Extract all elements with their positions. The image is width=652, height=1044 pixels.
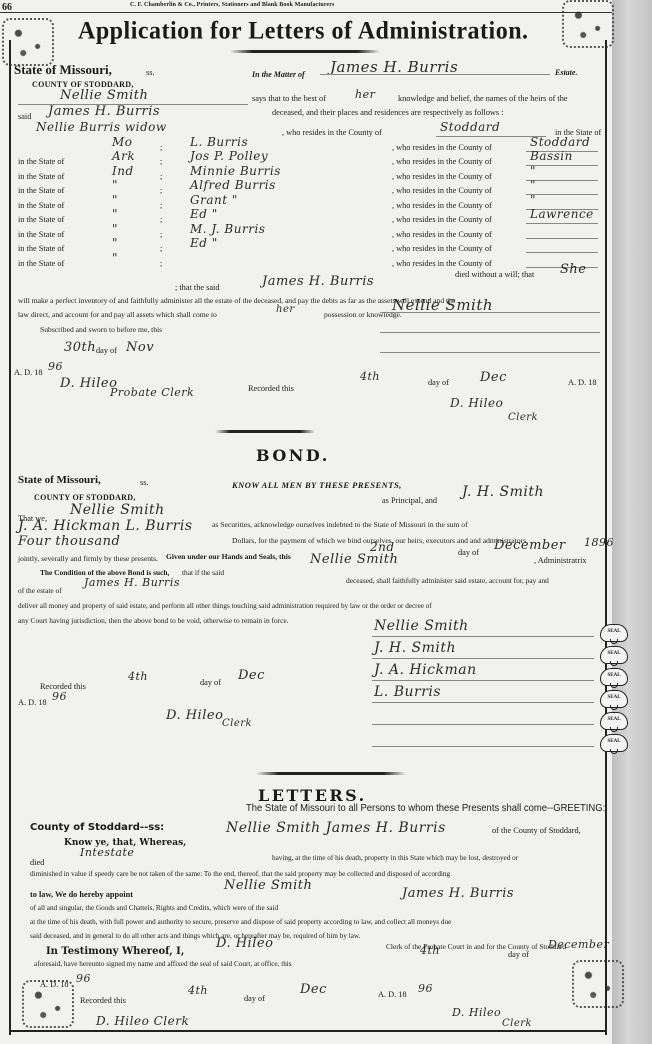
estate-label: Estate. <box>555 68 577 77</box>
heir-name: M. J. Burris <box>190 222 265 236</box>
separator: ; <box>160 215 162 224</box>
county-label: , who resides in the County of <box>392 215 492 224</box>
letters-left-clerk: D. Hileo Clerk <box>96 1014 189 1028</box>
heir-county: Lawrence <box>530 207 594 221</box>
county-label: , who resides in the County of <box>392 244 492 253</box>
administrator-label: , Administratrix <box>534 556 587 565</box>
condition-deceased: deceased, shall faithfully administer sa… <box>346 576 549 585</box>
died-label: died <box>30 858 44 867</box>
died-pronoun: She <box>560 262 586 277</box>
died-text: died without a will; that <box>455 270 534 279</box>
separator: ; <box>160 201 162 210</box>
died-name: James H. Burris <box>262 274 374 289</box>
says-label: says that to the best of <box>252 94 326 103</box>
heir-name: Ed " <box>190 236 218 250</box>
that-said-label: ; that the said <box>175 283 219 292</box>
having-text: having, at the time of his death, proper… <box>272 854 518 862</box>
letters-county-text: of the County of Stoddard, <box>492 826 581 835</box>
seal-icon: SEAL <box>600 646 628 664</box>
recorded-clerk-title: Clerk <box>508 412 538 423</box>
corner-ornament-icon <box>572 960 624 1008</box>
died-status: Intestate <box>80 846 134 859</box>
death-text: at the time of his death, with full powe… <box>30 918 451 926</box>
said-label: said <box>18 112 31 121</box>
state-label: in the State of <box>18 186 64 195</box>
ad-label: A. D. 18 <box>14 368 43 377</box>
county-label: , who resides in the County of <box>392 143 492 152</box>
heir-county: " <box>530 164 536 178</box>
recorded-month: Dec <box>480 370 507 385</box>
title-divider <box>230 50 380 53</box>
appoint-text: to law, We do hereby appoint <box>30 890 133 899</box>
letters-ad-label: A. D. 18 <box>40 980 69 989</box>
bond-county-heading: COUNTY OF STODDARD, <box>34 493 136 502</box>
admin-text: will make a perfect inventory of and fai… <box>18 296 455 305</box>
seal-icon: SEAL <box>600 734 628 752</box>
bond-clerk-title: Clerk <box>222 718 252 729</box>
county-label: , who resides in the County of <box>392 230 492 239</box>
letters-recorded-ad: A. D. 18 <box>378 990 407 999</box>
state-label: in the State of <box>18 172 64 181</box>
separator: ; <box>160 259 162 268</box>
scan-edge <box>612 0 652 1044</box>
goods-text: of all and singular, the Goods and Chatt… <box>30 904 278 912</box>
heir-name: Nellie Burris widow <box>36 120 167 134</box>
jointly-text: jointly, severally and firmly by these p… <box>18 554 158 563</box>
sworn-day: 30th <box>64 340 96 355</box>
securities-text: as Securities, acknowledge ourselves ind… <box>212 520 468 529</box>
letters-ad-year: 96 <box>76 972 91 985</box>
deceased-text: deceased, and their places and residence… <box>272 108 504 117</box>
separator: ; <box>160 143 162 152</box>
signer-signature: L. Burris <box>374 684 441 700</box>
goods-name: James H. Burris <box>402 886 514 901</box>
signer-signature: J. H. Smith <box>374 640 456 656</box>
day-of-label: day of <box>96 346 117 355</box>
deliver-text: deliver all money and property of said e… <box>18 602 432 610</box>
estate-of-label: of the estate of <box>18 586 62 595</box>
administrator-name: Nellie Smith <box>310 552 398 567</box>
testimony-day: 4th <box>420 944 440 957</box>
court-text: any Court having jurisdiction, then the … <box>18 616 289 625</box>
heir-name: Jos P. Polley <box>190 149 268 163</box>
state-label: in the State of <box>18 201 64 210</box>
heir-state: " <box>112 207 118 221</box>
bond-recorded-month: Dec <box>238 668 265 683</box>
bond-recorded-day-of: day of <box>200 678 221 687</box>
section-divider <box>256 772 406 775</box>
letters-recorded-year: 96 <box>418 982 433 995</box>
heir-state: Mo <box>112 135 133 149</box>
heir-name: Alfred Burris <box>190 178 276 192</box>
county-label: , who resides in the County of <box>392 201 492 210</box>
aforesaid-text: aforesaid, have hereunto signed my name … <box>34 960 292 968</box>
bond-recorded-ad: A. D. 18 <box>18 698 47 707</box>
heir-state: " <box>112 236 118 250</box>
law-text: law direct, and account for and pay all … <box>18 310 217 319</box>
diminished-text: diminished in value if speedy care be no… <box>30 870 450 878</box>
testimony-label: In Testimony Whereof, I, <box>46 946 184 957</box>
bond-clerk-signature: D. Hileo <box>166 708 223 723</box>
given-year: 1896 <box>584 536 614 549</box>
page-border-bottom <box>9 1030 607 1032</box>
heir-state: " <box>112 251 118 265</box>
bond-recorded-year: 96 <box>52 690 67 703</box>
deceased-name: James H. Burris <box>48 104 160 119</box>
page-title: Application for Letters of Administratio… <box>78 17 529 45</box>
state-label: in the State of <box>18 230 64 239</box>
know-all-heading: KNOW ALL MEN BY THESE PRESENTS, <box>232 480 402 490</box>
county-label: , who resides in the County of <box>392 157 492 166</box>
heir-name: L. Burris <box>190 135 248 149</box>
testimony-clerk: D. Hileo <box>216 936 273 951</box>
heir-state: Ind <box>112 164 134 178</box>
letters-recorded-day-of: day of <box>244 994 265 1003</box>
letters-county: County of Stoddard--ss: <box>30 822 164 833</box>
state-heading: State of Missouri, <box>14 62 112 78</box>
state-label: in the State of <box>18 244 64 253</box>
ss-label: ss. <box>146 68 155 77</box>
principal-name: Nellie Smith <box>70 502 165 518</box>
seal-icon: SEAL <box>600 690 628 708</box>
header-rule <box>0 12 612 13</box>
heir-name: Minnie Burris <box>190 164 281 178</box>
sworn-year: 96 <box>48 360 63 373</box>
greeting-text: The State of Missouri to all Persons to … <box>246 802 605 814</box>
letters-right-clerk: D. Hileo <box>452 1006 501 1019</box>
letters-recorded-day: 4th <box>188 984 208 997</box>
seal-icon: SEAL <box>600 712 628 730</box>
pronoun: her <box>355 88 375 101</box>
heir-state: " <box>112 193 118 207</box>
seal-icon: SEAL <box>600 624 628 642</box>
clerk-signature: D. Hileo <box>60 376 117 391</box>
seal-icon: SEAL <box>600 668 628 686</box>
testimony-month: December <box>548 938 609 951</box>
state-label: in the State of <box>18 157 64 166</box>
testimony-day-of: day of <box>508 950 529 959</box>
law-pronoun: her <box>276 304 295 315</box>
heir-name: Grant " <box>190 193 238 207</box>
knowledge-text: knowledge and belief, the names of the h… <box>398 94 568 103</box>
heir-county: " <box>530 178 536 192</box>
heir-name: Ed " <box>190 207 218 221</box>
sworn-label: Subscribed and sworn to before me, this <box>40 325 162 334</box>
separator: ; <box>160 186 162 195</box>
clerk-title: Probate Clerk <box>110 386 194 399</box>
recorded-ad: A. D. 18 <box>568 378 597 387</box>
heir-county: Stoddard <box>530 135 590 149</box>
given-text: Given under our Hands and Seals, this <box>166 552 291 561</box>
heir-state: " <box>112 178 118 192</box>
corner-ornament-icon <box>562 0 614 48</box>
recorded-day-of: day of <box>428 378 449 387</box>
county-label: , who resides in the County of <box>282 128 382 137</box>
clerk-text: Clerk of the Probate Court in and for th… <box>386 942 566 951</box>
heir-county: " <box>530 193 536 207</box>
state-label: in the State of <box>18 215 64 224</box>
bond-title: BOND. <box>256 446 330 465</box>
appointee-name: Nellie Smith <box>224 878 312 893</box>
section-divider <box>215 430 315 433</box>
matter-label: In the Matter of <box>252 70 305 79</box>
bond-amount: Four thousand <box>18 534 120 549</box>
page-number: 66 <box>2 2 12 13</box>
separator: ; <box>160 172 162 181</box>
applicant-name: Nellie Smith <box>60 88 148 103</box>
bond-state-heading: State of Missouri, <box>18 474 101 486</box>
letters-recorded-label: Recorded this <box>80 996 126 1005</box>
signer-signature: J. A. Hickman <box>374 662 477 678</box>
county-label: , who resides in the County of <box>392 186 492 195</box>
condition-text: that if the said <box>182 568 224 577</box>
state-label: in the State of <box>18 259 64 268</box>
bond-recorded-day: 4th <box>128 670 148 683</box>
corner-ornament-icon <box>2 18 54 66</box>
heir-county: Bassin <box>530 149 573 163</box>
printer-imprint: C. F. Chamberlin & Co., Printers, Statio… <box>130 2 334 8</box>
acts-text: said deceased, and in general to do all … <box>30 932 360 940</box>
security-name-1: J. H. Smith <box>462 484 544 500</box>
recorded-clerk: D. Hileo <box>450 396 503 410</box>
estate-of-name: James H. Burris <box>84 576 180 589</box>
county-label: , who resides in the County of <box>392 172 492 181</box>
separator: ; <box>160 230 162 239</box>
bond-ss-label: ss. <box>140 478 149 487</box>
letters-right-clerk-title: Clerk <box>502 1018 532 1029</box>
heir-state: " <box>112 222 118 236</box>
given-day-of: day of <box>458 548 479 557</box>
letters-names: Nellie Smith James H. Burris <box>226 820 446 836</box>
principal-label: as Principal, and <box>382 496 437 505</box>
recorded-label: Recorded this <box>248 384 294 393</box>
heir-county: Stoddard <box>440 120 500 134</box>
letters-recorded-month: Dec <box>300 982 327 997</box>
securities-names: J. A. Hickman L. Burris <box>18 518 193 534</box>
given-month: December <box>494 538 566 553</box>
heir-state: Ark <box>112 149 135 163</box>
signer-signature: Nellie Smith <box>374 618 469 634</box>
separator: ; <box>160 157 162 166</box>
recorded-day: 4th <box>360 370 380 383</box>
county-label: , who resides in the County of <box>392 259 492 268</box>
sworn-month: Nov <box>126 340 154 355</box>
separator: ; <box>160 244 162 253</box>
